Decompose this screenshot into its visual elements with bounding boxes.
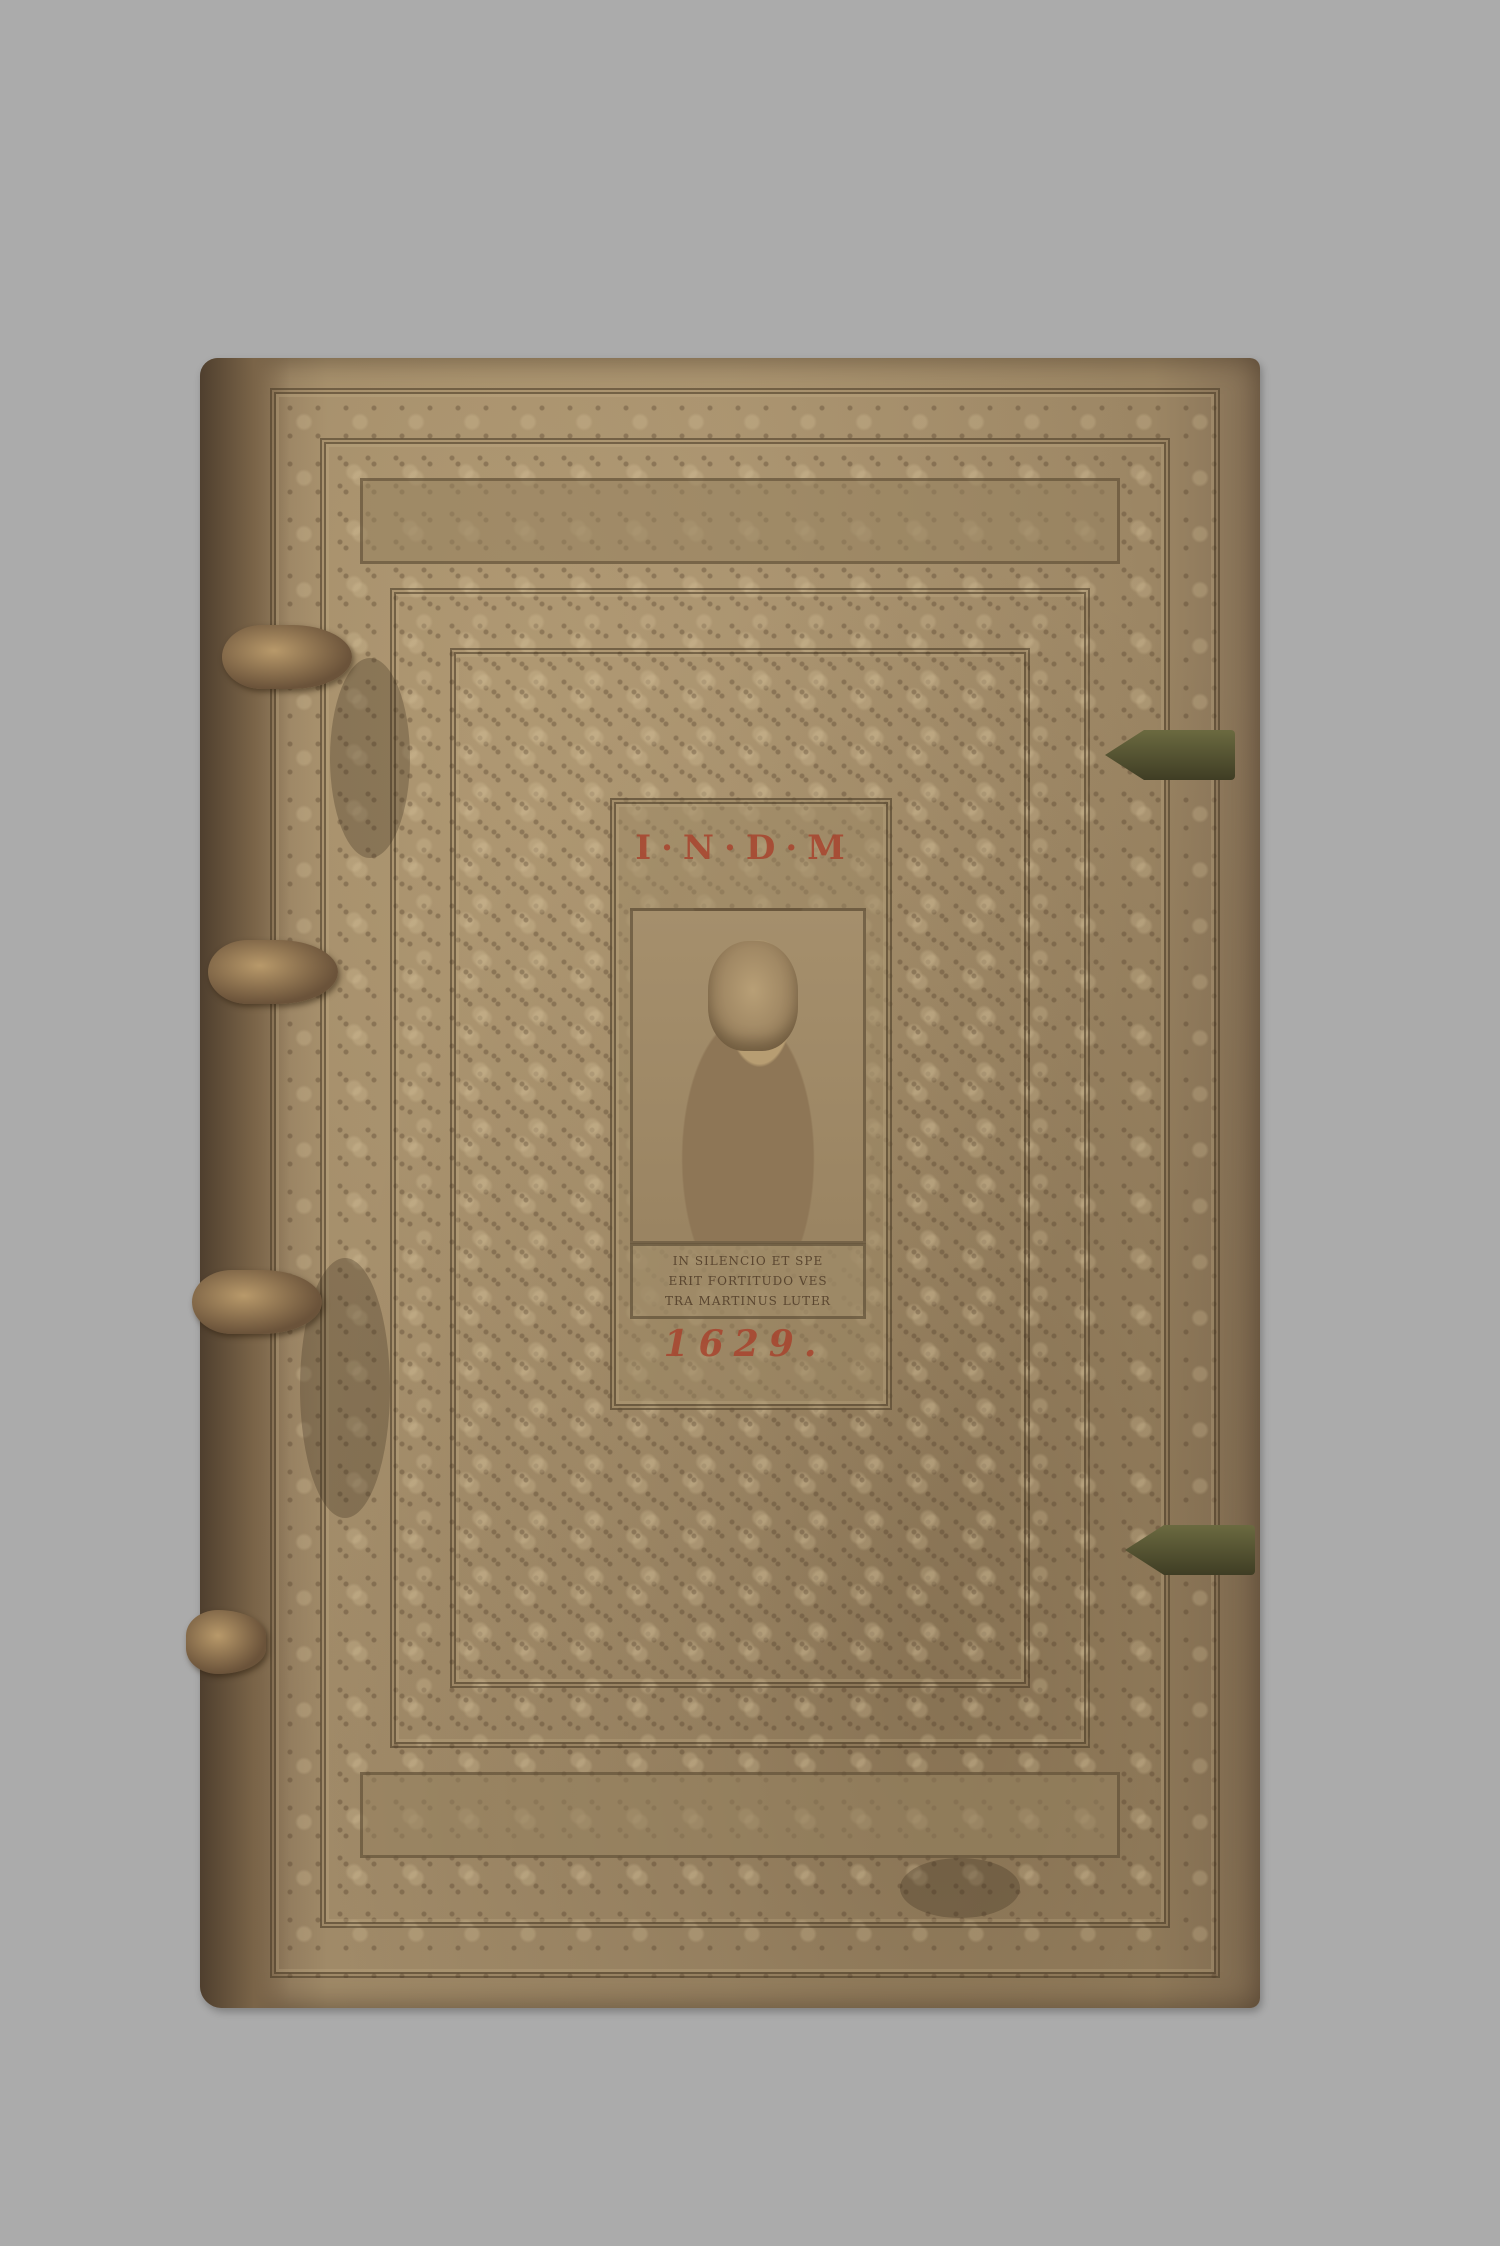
portrait-face [708,941,798,1051]
portrait-panel [630,908,866,1244]
stain [900,1858,1020,1918]
spine-raised-band-2 [208,940,338,1004]
inscription-line-3: TRA MARTINUS LUTER [633,1291,863,1311]
stain [330,658,410,858]
inscription-line-2: ERIT FORTITUDO VES [633,1271,863,1291]
upper-plain-panel [360,478,1120,564]
inscription-panel: IN SILENCIO ET SPE ERIT FORTITUDO VES TR… [630,1243,866,1319]
book-cover: I·N·D·M IN SILENCIO ET SPE ERIT FORTITUD… [200,358,1260,2008]
spine-raised-band-1 [222,625,352,689]
date-red-label: 1629. [630,1323,860,1365]
lower-plain-panel [360,1772,1120,1858]
top-red-label: I·N·D·M [630,828,860,868]
spine-raised-band-4 [186,1610,266,1674]
inscription-line-1: IN SILENCIO ET SPE [633,1251,863,1271]
spine-raised-band-3 [192,1270,322,1334]
